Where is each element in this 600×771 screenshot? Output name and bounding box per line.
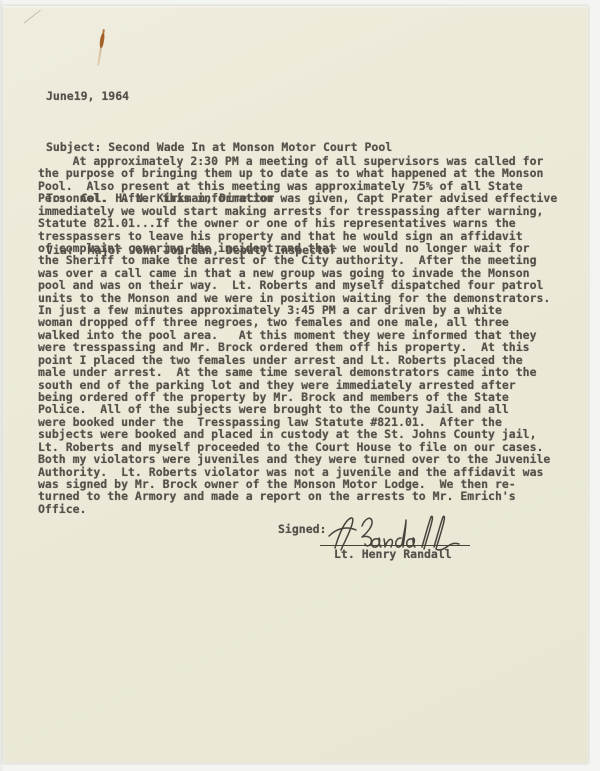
- document-page: June19, 1964 Subject: Second Wade In at …: [3, 6, 588, 763]
- pencil-mark: [24, 10, 41, 24]
- typed-name: Lt. Henry Randall: [334, 548, 452, 560]
- date-line: June19, 1964: [46, 90, 392, 102]
- scanned-page-background: June19, 1964 Subject: Second Wade In at …: [0, 0, 600, 771]
- report-body: At approximately 2:30 PM a meeting of al…: [38, 155, 557, 515]
- signed-label: Signed:: [278, 523, 326, 535]
- ink-stain: [96, 27, 106, 67]
- subject-line: Subject: Second Wade In at Monson Motor …: [46, 141, 392, 153]
- signature-line: [320, 545, 470, 546]
- ink-stain-blob: [98, 33, 105, 48]
- ink-stain-tail: [97, 29, 105, 66]
